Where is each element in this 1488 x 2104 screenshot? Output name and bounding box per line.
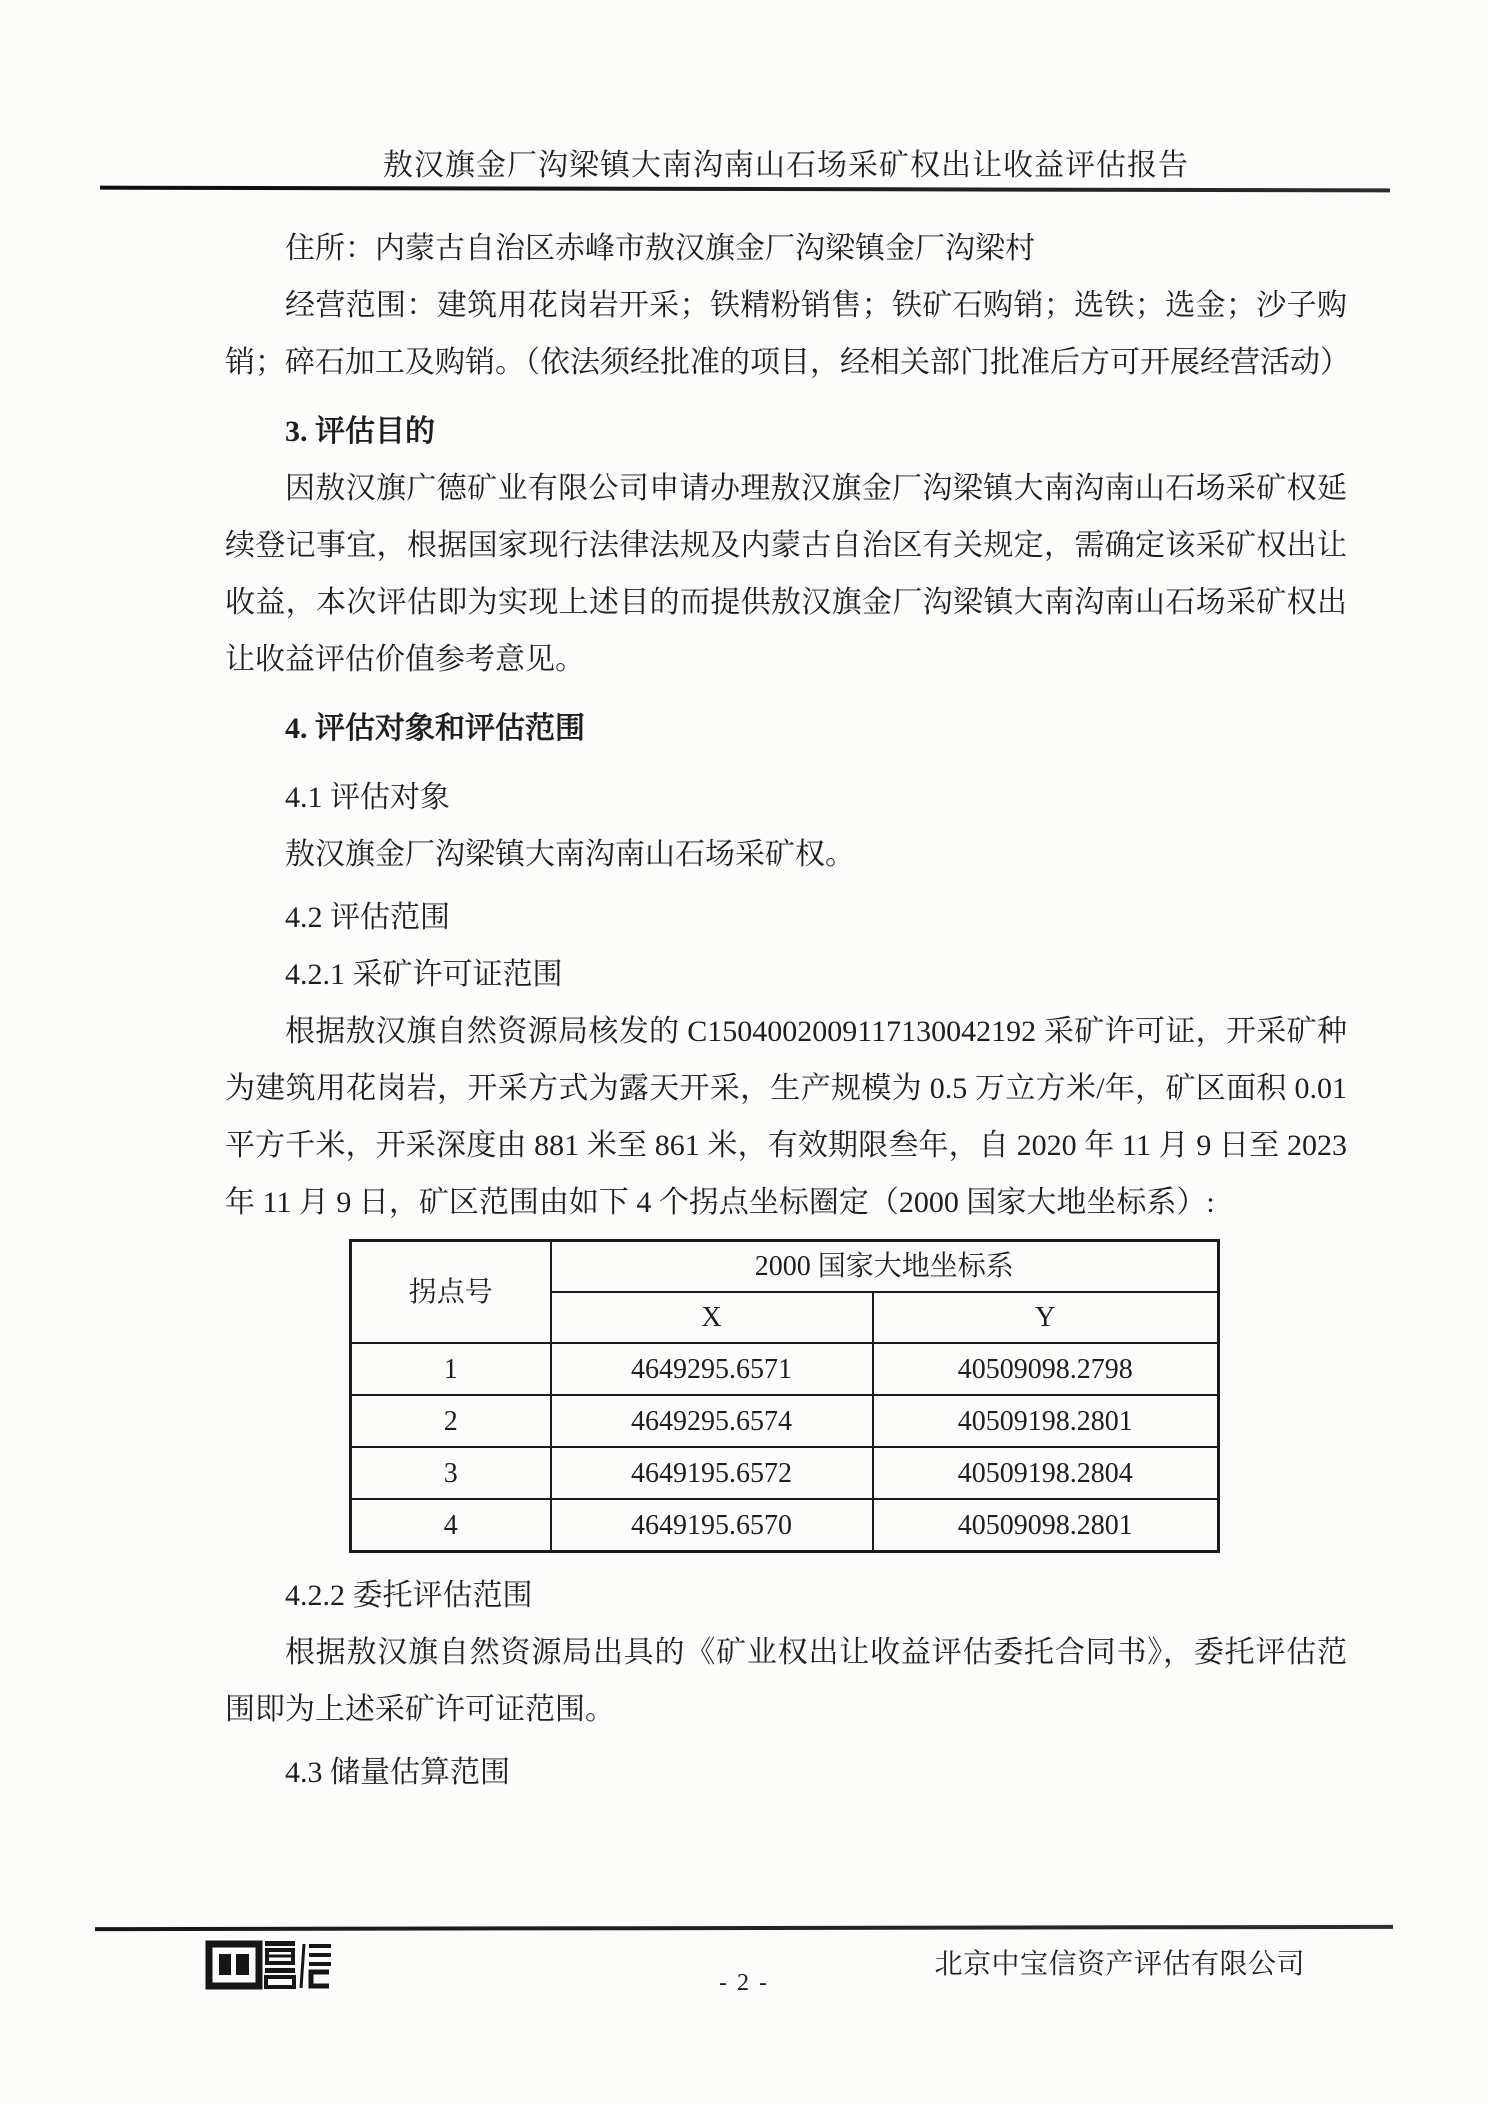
coordinate-table: 拐点号 2000 国家大地坐标系 X Y 1 4649295.6571 4050… bbox=[349, 1239, 1220, 1553]
cell-x: 4649295.6571 bbox=[551, 1343, 873, 1395]
table-col-header-y: Y bbox=[873, 1292, 1219, 1343]
table-row: 3 4649195.6572 40509198.2804 bbox=[351, 1447, 1219, 1499]
paragraph-section-4-2-1: 根据敖汉旗自然资源局核发的 C1504002009117130042192 采矿… bbox=[225, 1003, 1347, 1231]
section-heading-4-2-1: 4.2.1 采矿许可证范围 bbox=[225, 946, 1347, 1003]
cell-point-no: 1 bbox=[351, 1343, 551, 1395]
cell-y: 40509098.2801 bbox=[873, 1499, 1219, 1552]
section-heading-4-1: 4.1 评估对象 bbox=[225, 769, 1347, 826]
paragraph-section-4-2-2: 根据敖汉旗自然资源局出具的《矿业权出让收益评估委托合同书》，委托评估范围即为上述… bbox=[225, 1624, 1347, 1738]
table-row: 2 4649295.6574 40509198.2801 bbox=[351, 1395, 1219, 1447]
cell-point-no: 3 bbox=[351, 1447, 551, 1499]
section-heading-4-3: 4.3 储量估算范围 bbox=[225, 1744, 1347, 1801]
document-body: 住所：内蒙古自治区赤峰市敖汉旗金厂沟梁镇金厂沟梁村 经营范围：建筑用花岗岩开采；… bbox=[225, 220, 1347, 1801]
section-heading-3: 3. 评估目的 bbox=[225, 403, 1347, 460]
cell-y: 40509198.2804 bbox=[873, 1447, 1219, 1499]
paragraph-section-4-1: 敖汉旗金厂沟梁镇大南沟南山石场采矿权。 bbox=[225, 826, 1347, 883]
cell-y: 40509098.2798 bbox=[873, 1343, 1219, 1395]
table-row: 1 4649295.6571 40509098.2798 bbox=[351, 1343, 1219, 1395]
table-row: 4 4649195.6570 40509098.2801 bbox=[351, 1499, 1219, 1552]
header-rule bbox=[100, 186, 1390, 193]
table-col-header-x: X bbox=[551, 1292, 873, 1343]
page-number: - 2 - bbox=[0, 1970, 1488, 1997]
cell-point-no: 2 bbox=[351, 1395, 551, 1447]
section-heading-4-2-2: 4.2.2 委托评估范围 bbox=[225, 1567, 1347, 1624]
cell-y: 40509198.2801 bbox=[873, 1395, 1219, 1447]
cell-x: 4649195.6572 bbox=[551, 1447, 873, 1499]
paragraph-section-3: 因敖汉旗广德矿业有限公司申请办理敖汉旗金厂沟梁镇大南沟南山石场采矿权延续登记事宜… bbox=[225, 460, 1347, 688]
footer-rule bbox=[95, 1925, 1393, 1931]
section-heading-4: 4. 评估对象和评估范围 bbox=[225, 700, 1347, 757]
table-header-row: 拐点号 2000 国家大地坐标系 bbox=[351, 1241, 1219, 1293]
section-heading-4-2: 4.2 评估范围 bbox=[225, 889, 1347, 946]
page-title: 敖汉旗金厂沟梁镇大南沟南山石场采矿权出让收益评估报告 bbox=[225, 140, 1347, 184]
table-corner-header: 拐点号 bbox=[351, 1241, 551, 1344]
table-group-header: 2000 国家大地坐标系 bbox=[551, 1241, 1219, 1293]
cell-point-no: 4 bbox=[351, 1499, 551, 1552]
cell-x: 4649295.6574 bbox=[551, 1395, 873, 1447]
paragraph-business-scope: 经营范围：建筑用花岗岩开采；铁精粉销售；铁矿石购销；选铁；选金；沙子购销；碎石加… bbox=[225, 277, 1347, 391]
paragraph-address: 住所：内蒙古自治区赤峰市敖汉旗金厂沟梁镇金厂沟梁村 bbox=[225, 220, 1347, 277]
document-page: 敖汉旗金厂沟梁镇大南沟南山石场采矿权出让收益评估报告 住所：内蒙古自治区赤峰市敖… bbox=[0, 0, 1488, 2104]
cell-x: 4649195.6570 bbox=[551, 1499, 873, 1552]
